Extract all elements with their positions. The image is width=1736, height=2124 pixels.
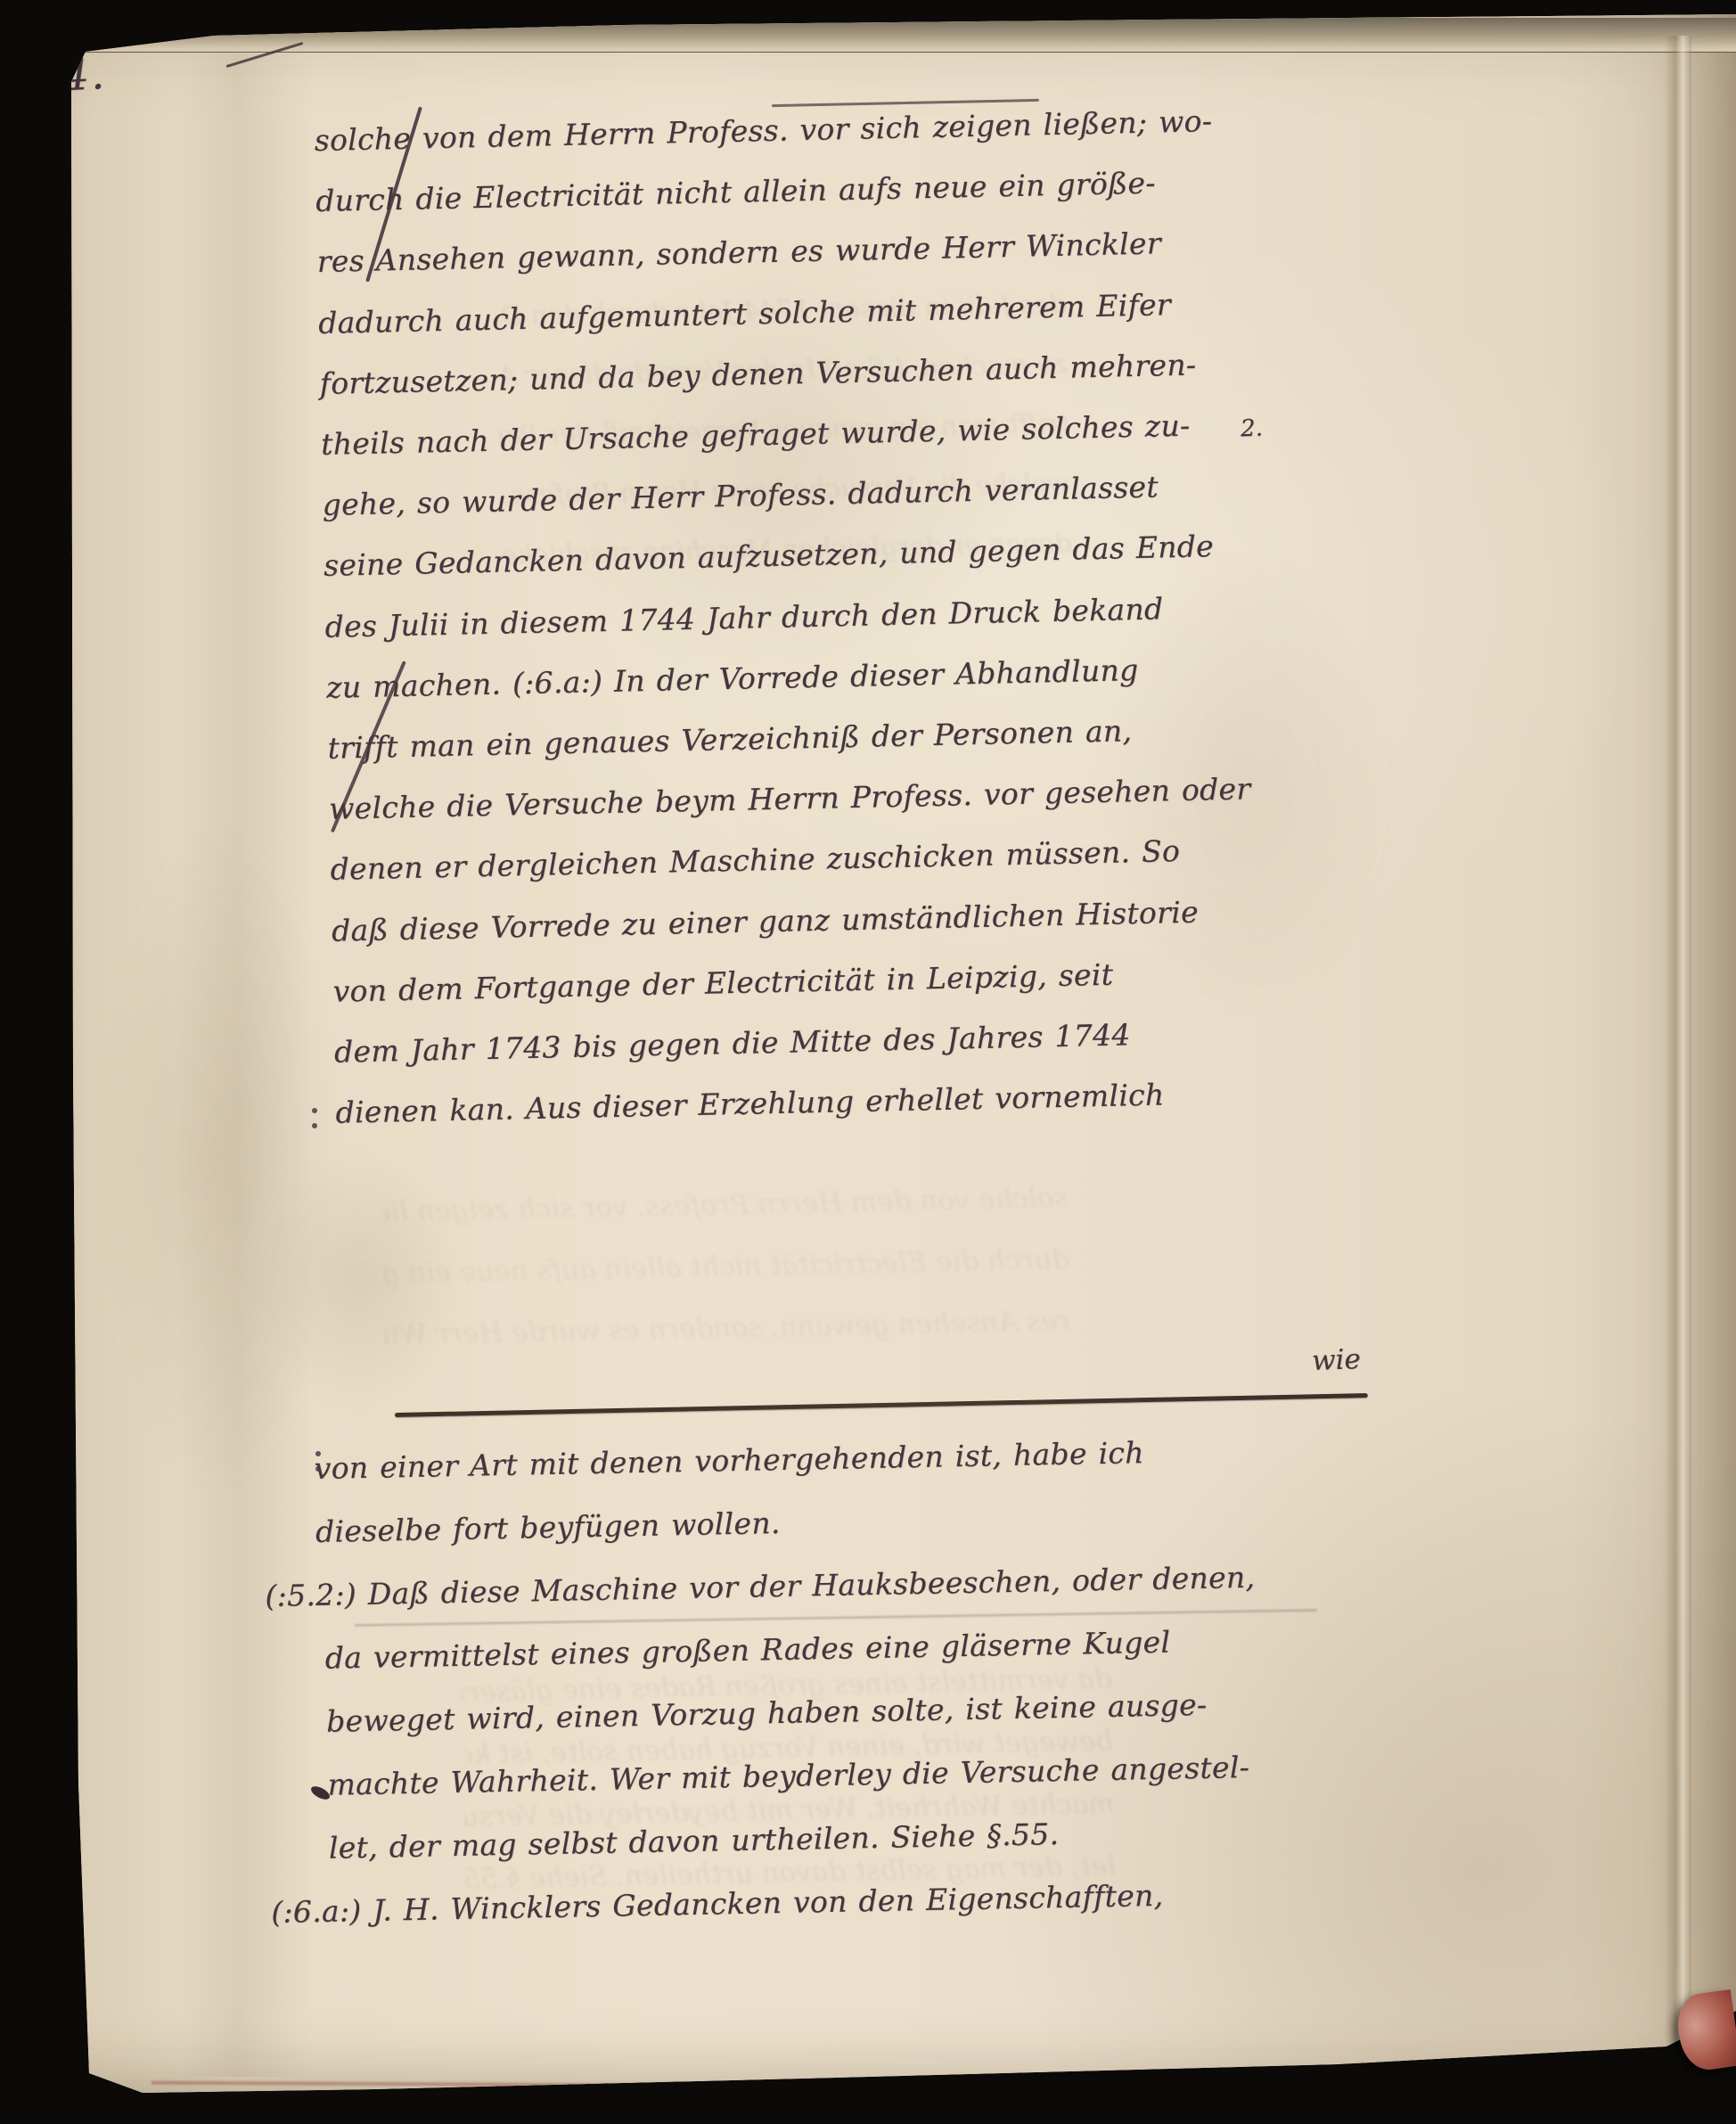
marginal-colon [315,1451,321,1456]
page-number: 94. [33,50,108,103]
interlinear-note: 2. [1240,415,1263,443]
bleed-through-text: solche von dem Herrn Profess. vor sich z… [381,1168,1071,1366]
catchword: wie [1311,1343,1361,1377]
paper-stain [98,829,339,1488]
bleed-through-line: res Ansehen gewann, sondern es wurde Her… [384,1291,1071,1366]
photographed-book-spread: { "page": { "number": "94.", "catchword"… [0,0,1736,2124]
marginal-colon [312,1108,317,1113]
section-rule [395,1393,1368,1417]
binding-edge [63,75,69,422]
manuscript-text-lower: von einer Art mit denen vorhergehenden i… [314,1421,1152,1943]
page-edge-tint [151,2081,971,2089]
previous-page-edge [77,18,1736,53]
manuscript-text-upper: solche von dem Herrn Profess. vor sich z… [314,93,1165,1144]
manuscript-page: des Julii in diesem 1744 Jahr durch den … [0,0,1736,2124]
paper-fore-edge-crease [1665,36,1691,2068]
